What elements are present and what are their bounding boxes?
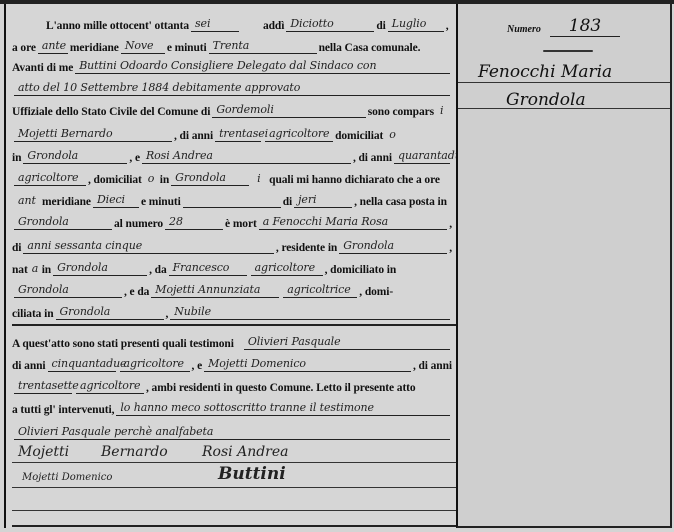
handwritten-age: anni sessanta cinque — [23, 239, 273, 254]
printed-text: , di anni — [353, 152, 392, 164]
printed-text: A quest'atto sono stati presenti quali t… — [12, 338, 234, 350]
margin-ruling — [458, 82, 670, 83]
printed-text: a tutti gl' intervenuti, — [12, 404, 114, 416]
handwritten-ante: ant — [14, 194, 40, 208]
printed-text: in — [12, 152, 21, 164]
handwritten-age: trentasette — [14, 379, 72, 394]
handwritten-comune: Gordemoli — [212, 103, 365, 118]
margin-panel: Numero 183 Fenocchi Maria Grondola — [456, 4, 672, 528]
printed-text: in — [42, 264, 51, 276]
handwritten-place: Grondola — [56, 305, 164, 320]
handwritten-residence: Grondola — [339, 239, 447, 254]
printed-text: domiciliat — [335, 130, 383, 142]
printed-text: Avanti di me — [12, 62, 73, 74]
handwritten-place: Grondola — [14, 283, 122, 298]
printed-text: e minuti — [141, 196, 181, 208]
record-line-6: Mojetti Bernardo , di anni trentasei agr… — [12, 120, 452, 142]
handwritten-suffix: a — [28, 262, 42, 276]
handwritten-father: Francesco — [169, 261, 247, 276]
printed-text: , di anni — [174, 130, 213, 142]
printed-text: al numero — [114, 218, 163, 230]
handwritten-house-number: 28 — [165, 215, 223, 230]
printed-text: , — [449, 218, 452, 230]
printed-text: , ambi residenti in questo Comune. Letto… — [146, 382, 416, 394]
bottom-divider — [12, 525, 458, 527]
handwritten-suffix: i — [253, 172, 267, 186]
record-line-1: L'anno mille ottocent' ottanta sei addì … — [46, 10, 449, 32]
printed-text: , residente in — [276, 242, 337, 254]
record-line-2: a ore ante meridiane Nove e minuti Trent… — [12, 32, 420, 54]
handwritten-month: Luglio — [388, 17, 444, 32]
printed-text: di — [12, 242, 21, 254]
handwritten-birthplace: Grondola — [53, 261, 147, 276]
handwritten-age: quarantadue — [394, 149, 450, 164]
record-line-3: Avanti di me Buttini Odoardo Consigliere… — [12, 52, 452, 74]
handwritten-witness-1: Olivieri Pasquale — [244, 335, 450, 350]
handwritten-place: Grondola — [23, 149, 127, 164]
document-page: L'anno mille ottocent' ottanta sei addì … — [0, 0, 674, 532]
record-line-17: trentasette agricoltore , ambi residenti… — [12, 372, 452, 394]
handwritten-declarant-1: Mojetti Bernardo — [14, 127, 172, 142]
handwritten-place: Grondola — [171, 171, 249, 186]
printed-text: sono compars — [368, 106, 434, 118]
printed-text: , da — [149, 264, 167, 276]
handwritten-occupation: agricoltore — [251, 261, 323, 276]
record-line-15: A quest'atto sono stati presenti quali t… — [12, 328, 452, 350]
handwritten-declarant-2: Rosi Andrea — [142, 149, 351, 164]
handwritten-occupation: agricoltore — [265, 127, 333, 142]
handwritten-officer: Buttini Odoardo Consigliere Delegato dal… — [75, 59, 450, 74]
record-body: L'anno mille ottocent' ottanta sei addì … — [4, 4, 456, 528]
record-line-7: in Grondola , e Rosi Andrea , di anni qu… — [12, 142, 452, 164]
record-line-10: Grondola al numero 28 è mort a Fenocchi … — [12, 208, 452, 230]
record-line-12: nat a in Grondola , da Francesco agricol… — [12, 254, 452, 276]
signature-declarant-2: Rosi Andrea — [202, 444, 289, 460]
signature-declarant-1-surname: Mojetti — [18, 444, 69, 460]
record-line-11: di anni sessanta cinque , residente in G… — [12, 232, 452, 254]
printed-text: , — [449, 242, 452, 254]
signature-officer: Buttini — [218, 464, 286, 484]
signature-line — [12, 487, 458, 488]
record-line-5: Uffiziale dello Stato Civile del Comune … — [12, 96, 452, 118]
decorative-flourish — [543, 50, 593, 52]
margin-deceased-name: Fenocchi Maria — [478, 62, 612, 82]
handwritten-mother: Mojetti Annunziata — [151, 283, 279, 298]
printed-text: , nella casa posta in — [354, 196, 447, 208]
printed-text: , — [166, 308, 169, 320]
printed-text: , e da — [124, 286, 149, 298]
printed-text: meridiane — [42, 196, 91, 208]
handwritten-occupation: agricoltore — [76, 379, 144, 394]
printed-text: , e — [192, 360, 203, 372]
handwritten-occupation: agricoltrice — [283, 283, 357, 298]
handwritten-occupation: agricoltore — [14, 171, 86, 186]
margin-place: Grondola — [506, 90, 586, 110]
record-line-8: agricoltore , domiciliat o in Grondola i… — [12, 164, 452, 186]
handwritten-occupation: agricoltore — [120, 357, 190, 372]
printed-text: in — [160, 174, 169, 186]
printed-text: addì — [263, 20, 284, 32]
record-line-19: Olivieri Pasquale perchè analfabeta — [12, 418, 452, 440]
signature-line — [12, 462, 458, 463]
handwritten-illiterate-note: Olivieri Pasquale perchè analfabeta — [14, 425, 450, 440]
handwritten-day: Diciotto — [286, 17, 374, 32]
printed-text: , domiciliat — [88, 174, 142, 186]
handwritten-delegation: atto del 10 Settembre 1884 debitamente a… — [14, 81, 450, 96]
printed-text: nat — [12, 264, 28, 276]
handwritten-signing-note: lo hanno meco sottoscritto tranne il tes… — [116, 401, 450, 416]
handwritten-place: Grondola — [14, 215, 112, 230]
signature-line — [12, 510, 458, 511]
handwritten-age: trentasei — [215, 127, 261, 142]
printed-text: di anni — [12, 360, 46, 372]
printed-text: L'anno mille ottocent' ottanta — [46, 20, 189, 32]
printed-text: , e — [129, 152, 140, 164]
handwritten-day: jeri — [294, 193, 352, 208]
handwritten-deceased: a Fenocchi Maria Rosa — [259, 215, 448, 230]
printed-text: è mort — [225, 218, 257, 230]
printed-text: , — [446, 20, 449, 32]
number-label: Numero — [507, 24, 541, 35]
record-line-16: di anni cinquantadue agricoltore , e Moj… — [12, 350, 452, 372]
record-number: 183 — [550, 16, 620, 37]
section-divider — [12, 324, 458, 326]
printed-text: di — [376, 20, 385, 32]
handwritten-suffix: o — [385, 128, 399, 142]
record-line-18: a tutti gl' intervenuti, lo hanno meco s… — [12, 394, 452, 416]
printed-text: , di anni — [413, 360, 452, 372]
handwritten-suffix: o — [144, 172, 158, 186]
record-line-14: ciliata in Grondola , Nubile — [12, 298, 452, 320]
signature-declarant-1-name: Bernardo — [101, 444, 168, 460]
handwritten-age: cinquantadue — [48, 357, 116, 372]
handwritten-hour: Dieci — [93, 193, 139, 208]
signature-witness-2: Mojetti Domenico — [22, 472, 112, 483]
handwritten-witness-2: Mojetti Domenico — [204, 357, 411, 372]
record-line-9: ant meridiane Dieci e minuti di jeri , n… — [12, 186, 452, 208]
handwritten-suffix: i — [436, 104, 450, 118]
printed-text: ciliata in — [12, 308, 54, 320]
handwritten-marital-status: Nubile — [170, 305, 450, 320]
printed-text: , domiciliato in — [325, 264, 397, 276]
printed-text: Uffiziale dello Stato Civile del Comune … — [12, 106, 210, 118]
printed-text: di — [283, 196, 292, 208]
record-line-4: atto del 10 Settembre 1884 debitamente a… — [12, 74, 452, 96]
printed-text: quali mi hanno dichiarato che a ore — [269, 174, 440, 186]
record-line-13: Grondola , e da Mojetti Annunziata agric… — [12, 276, 452, 298]
printed-text: , domi- — [359, 286, 393, 298]
handwritten-year: sei — [191, 17, 239, 32]
